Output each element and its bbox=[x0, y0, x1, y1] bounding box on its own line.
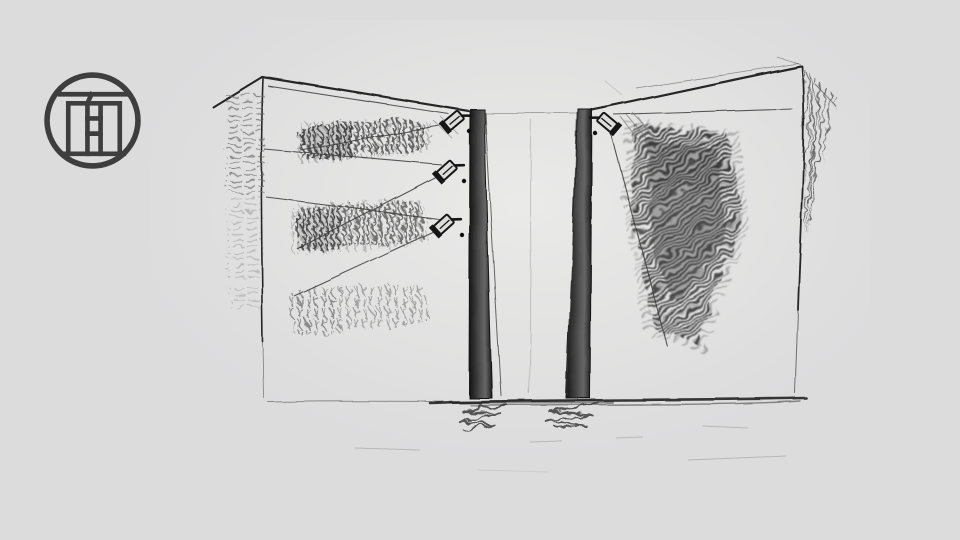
sketch-frame: Pencil concept sketch: two slender poles… bbox=[0, 0, 960, 540]
left-wall-side-hatching bbox=[226, 93, 264, 310]
left-wall-light-pools bbox=[286, 118, 432, 335]
lighting-concept-sketch: Pencil concept sketch: two slender poles… bbox=[0, 0, 960, 540]
